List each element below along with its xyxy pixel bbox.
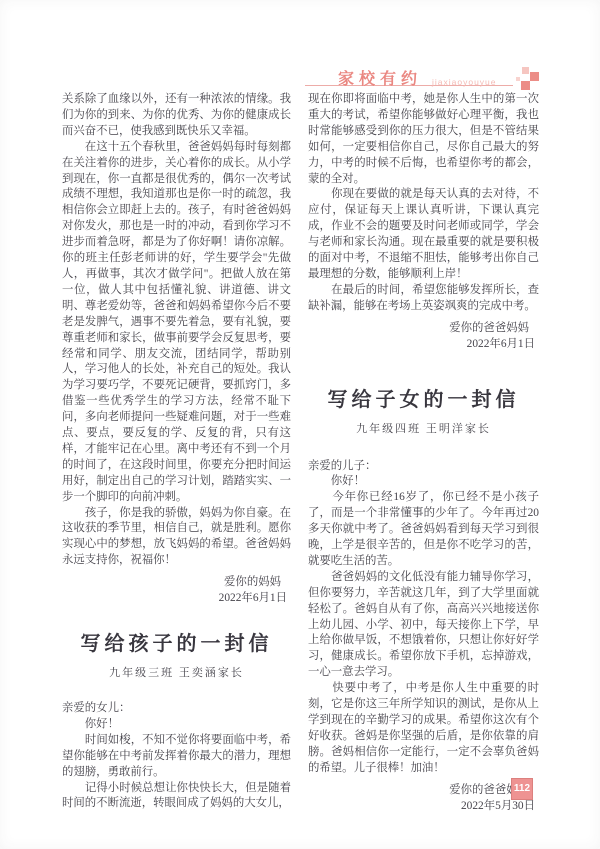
paragraph: 快要中考了，中考是你人生中重要的时刻，它是你这三年所学知识的测试，是你从上学到现… xyxy=(308,681,539,776)
letter-title: 写给孩子的一封信 xyxy=(62,631,291,657)
paragraph: 你好！ xyxy=(62,717,291,733)
signature-block: 爱你的妈妈 2022年6月1日 xyxy=(62,575,291,607)
signature-date: 2022年6月1日 xyxy=(62,591,291,607)
right-column: 现在你即将面临中考，她是你人生中的第一次重大的考试，希望你能够做好心理平衡，我也… xyxy=(308,92,539,814)
pink-squares-icon xyxy=(515,67,539,93)
page-number-badge: 112 xyxy=(511,778,533,800)
paragraph: 你现在要做的就是每天认真的去对待，不应付，保证每天上课认真听讲，下课认真完成，作… xyxy=(308,187,539,282)
magazine-page: 家校有约 jiaxiaoyouyue 关系除了血缘以外，还有一种浓浓的情缘。我们… xyxy=(0,0,600,849)
signature-date: 2022年5月30日 xyxy=(308,799,539,815)
paragraph: 亲爱的女儿： xyxy=(62,701,291,717)
paragraph: 孩子，你是我的骄傲，妈妈为你自豪。在这收获的季节里，相信自己，就是胜利。愿你实现… xyxy=(62,506,291,570)
continued-letter-body: 现在你即将面临中考，她是你人生中的第一次重大的考试，希望你能够做好心理平衡，我也… xyxy=(308,92,539,315)
paragraph: 在这十五个春秋里，爸爸妈妈每时每刻都在关注着你的进步，关心着你的成长。从小学到现… xyxy=(62,140,291,506)
paragraph: 你好！ xyxy=(308,474,539,490)
continued-letter-body: 关系除了血缘以外，还有一种浓浓的情缘。我们为你的到来、为你的优秀、为你的健康成长… xyxy=(62,92,291,569)
signature-name: 爱你的妈妈 xyxy=(62,575,291,591)
left-column: 关系除了血缘以外，还有一种浓浓的情缘。我们为你的到来、为你的优秀、为你的健康成长… xyxy=(62,92,291,812)
letter-byline: 九年级三班 王奕涵家长 xyxy=(62,665,291,681)
signature-name: 爱你的爸爸妈妈 xyxy=(308,783,539,799)
paragraph: 爸爸妈妈的文化低没有能力辅导你学习，但你要努力，辛苦就这几年，到了大学里面就轻松… xyxy=(308,570,539,681)
column-section-title: 家校有约 xyxy=(338,66,422,89)
section-title-pinyin: jiaxiaoyouyue xyxy=(432,77,497,87)
signature-name: 爱你的爸爸妈妈 xyxy=(308,321,539,337)
paragraph: 关系除了血缘以外，还有一种浓浓的情缘。我们为你的到来、为你的优秀、为你的健康成长… xyxy=(62,92,291,140)
letter-byline: 九年级四班 王明洋家长 xyxy=(308,421,539,437)
letter-body: 亲爱的女儿： 你好！ 时间如梭，不知不觉你将要面临中考，希望你能够在中考前发挥着… xyxy=(62,701,291,812)
letter-body: 亲爱的儿子： 你好！ 今年你已经16岁了，你已经不是小孩子了，而是一个非常懂事的… xyxy=(308,459,539,777)
letter-title: 写给子女的一封信 xyxy=(308,387,539,413)
paragraph: 亲爱的儿子： xyxy=(308,459,539,475)
signature-block: 爱你的爸爸妈妈 2022年5月30日 xyxy=(308,783,539,815)
signature-block: 爱你的爸爸妈妈 2022年6月1日 xyxy=(308,321,539,353)
paragraph: 现在你即将面临中考，她是你人生中的第一次重大的考试，希望你能够做好心理平衡，我也… xyxy=(308,92,539,187)
paragraph: 今年你已经16岁了，你已经不是小孩子了，而是一个非常懂事的少年了。今年再过20多… xyxy=(308,490,539,570)
paragraph: 时间如梭，不知不觉你将要面临中考，希望你能够在中考前发挥着你最大的潜力，理想的翅… xyxy=(62,733,291,781)
paragraph: 在最后的时间，希望您能够发挥所长，查缺补漏，能够在考场上英姿飒爽的完成中考。 xyxy=(308,283,539,315)
paragraph: 记得小时候总想让你快快长大，但是随着时间的不断流逝，转眼间成了妈妈的大女儿， xyxy=(62,781,291,813)
signature-date: 2022年6月1日 xyxy=(308,337,539,353)
page-header: 家校有约 jiaxiaoyouyue xyxy=(305,58,539,90)
